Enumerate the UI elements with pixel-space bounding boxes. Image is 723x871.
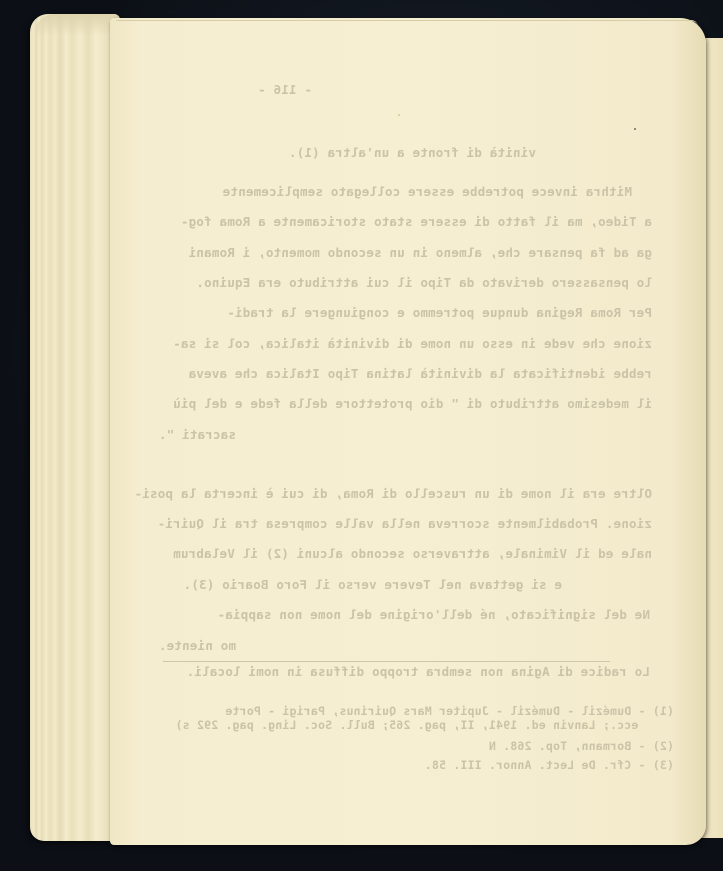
body-line-15: Ne del significato, né dell'origine del … <box>180 607 650 622</box>
paper-speck <box>634 128 636 130</box>
body-line-9: il medesimo attributo di " dio protettor… <box>162 396 652 411</box>
body-line-3: a Tideo, ma il fatto di essere stato sto… <box>162 214 652 229</box>
body-line-13: nale ed il Viminale, attraverso secondo … <box>162 546 652 561</box>
footnote-1: (1) - Dumézil - Dumézil - Jupiter Mars Q… <box>158 704 674 718</box>
body-line-16: mo niente. <box>162 638 236 653</box>
paper-speck <box>398 114 400 116</box>
body-line-10: sacrati ". <box>162 427 236 442</box>
body-line-2: Mithra invece potrebbe essere collegato … <box>172 184 632 199</box>
body-line-14: e si gettava nel Tevere verso il Foro Bo… <box>162 577 562 592</box>
body-line-1: vinità di fronte a un'altra (1). <box>48 145 536 160</box>
body-line-5: lo pensassero derivato da Tipo il cui at… <box>162 275 652 290</box>
page-number: - 116 - <box>202 82 312 97</box>
footnote-1-cont: ecc.; Lanvin ed. 1941, II, pag. 265; Bul… <box>158 718 674 732</box>
book-page: - 116 - vinità di fronte a un'altra (1).… <box>110 18 706 845</box>
body-line-6: Per Roma Regina dunque potremmo e congiu… <box>162 305 652 320</box>
footnote-divider <box>163 661 610 662</box>
body-line-8: rebbe identificata la divinità latina Ti… <box>162 366 652 381</box>
body-line-11: Oltre era il nome di un ruscello di Roma… <box>162 486 652 501</box>
body-line-7: zione che vede in esso un nome di divini… <box>162 336 652 351</box>
body-line-4: ga ad fa pensare che, almeno in un secon… <box>162 245 652 260</box>
page-stack-edges <box>30 14 120 841</box>
body-line-17: Lo radice di Agina non sembra troppo dif… <box>180 664 650 679</box>
footnote-3: (3) - Cfr. De Lect. Annor. III. 58. <box>424 758 674 772</box>
footnote-2: (2) - Bormann, Top. 268. N <box>476 739 674 753</box>
body-line-12: zione. Probabilmente scorreva nella vall… <box>162 516 652 531</box>
